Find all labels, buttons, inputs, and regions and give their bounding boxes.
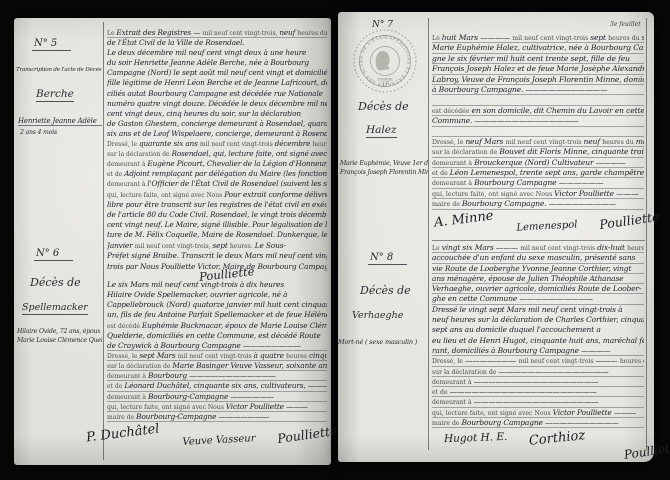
act-line: vie Route de Looberghe Yvonne Jeanne Cor… [432, 264, 644, 274]
printed-form-text: heures du [312, 141, 327, 148]
handwritten-text: Cappellebrouck (Nord) quatorze janvier m… [107, 300, 327, 309]
act6-text: Le six Mars mil neuf cent vingt-trois à … [107, 280, 327, 422]
printed-form-text: maire de [432, 201, 462, 208]
printed-form-text: sur la déclaration de [107, 151, 172, 158]
handwritten-text: neuf Mars [465, 137, 505, 146]
act-line: de l'article 80 du Code Civil. Rosendael… [107, 210, 327, 220]
printed-form-text: Dressé, le [107, 353, 139, 360]
handwritten-text: rant, domiciliés à Bourbourg Campagne ——… [432, 346, 611, 355]
handwritten-text: ans ménagère, épouse de Julien Théophile… [432, 274, 623, 283]
act-line: demeurant à Brouckerque (Nord) Cultivate… [432, 158, 644, 168]
act-line: Verhaeghe, ouvrier agricole, domiciliés … [432, 284, 644, 294]
signature: Hugot H. E. [444, 431, 508, 445]
handwritten-text: ————————————————— [474, 397, 599, 406]
act-line: de l'État Civil de la Ville de Rosendael… [107, 38, 327, 48]
act-line: qui, lecture faite, ont signé avec Nous … [107, 190, 327, 200]
printed-form-text: mil neuf cent vingt-trois, [203, 30, 280, 37]
act-line: maire de Bourbourg Campagne. ————————— [432, 199, 644, 209]
margin-divider-line [428, 18, 429, 450]
handwritten-text: Bourbourg Campagne —————— [474, 178, 603, 187]
printed-form-text: mil neuf cent vingt-trois [512, 35, 590, 42]
act-line: fille légitime de Henri Léon Berche et d… [107, 78, 327, 88]
printed-form-text: mil neuf cent vingt-trois [200, 141, 275, 148]
entry7-margin-note2: François Joseph Florentin Minne [340, 169, 428, 176]
handwritten-text: François Joseph Halez et de feue Marie J… [432, 64, 644, 73]
printed-form-text: qui, lecture faite, ont signé avec Nous [432, 410, 553, 417]
handwritten-text: ture de M. Félix Coquelle, Maire de Rose… [107, 230, 327, 239]
act-line: libre pour être transcrit sur les regist… [107, 200, 327, 210]
act-line: Dressé le vingt sept Mars mil neuf cent … [432, 305, 644, 315]
handwritten-text: Rosendael, qui, lecture faite, ont signé… [172, 149, 328, 158]
act-line: qui, lecture faite, ont signé avec Nous … [432, 189, 644, 199]
handwritten-text: numéro quatre vingt douze. Décédée le de… [107, 99, 327, 108]
act-line: de Gaston Ghestem, concierge demeurant à… [107, 119, 327, 129]
entry5-margin-title: Transcription de l'acte de Décès [16, 67, 102, 73]
printed-form-text: Le [107, 30, 116, 37]
act-line: et de ———————————————————— [432, 387, 644, 397]
entry8-margin-label: Décès de [360, 284, 411, 297]
handwritten-text: Brouckerque (Nord) Cultivateur ———— [474, 158, 625, 167]
act-line: Commune. —————————————— [432, 116, 644, 126]
act-line: et de Adjoint remplaçant par délégation … [107, 169, 327, 179]
handwritten-text: Bourbourg Campagne. ————————— [462, 199, 616, 208]
act-line: Cappellebrouck (Nord) quatorze janvier m… [107, 300, 327, 310]
act-line: ciliés autat Bourbourg Campagne est décé… [107, 89, 327, 99]
act-line: et de Léonard Duchâtel, cinquante six an… [107, 381, 327, 391]
printed-form-text: et de [432, 389, 450, 396]
handwritten-text: Victor Poulliette ——— [553, 408, 636, 417]
entry6-margin-name: Spellemacker [22, 302, 88, 315]
act-line: ture de M. Félix Coquelle, Maire de Rose… [107, 230, 327, 240]
handwritten-text: vingt six Mars ——— [442, 243, 521, 252]
entry5-margin-note1: Henriette Jeanne Adèle [18, 117, 102, 126]
handwritten-text: Adjoint remplaçant par délégation du Mai… [124, 169, 327, 178]
printed-form-text: mil neuf cent vingt-trois [506, 139, 584, 146]
printed-form-text: mil neuf cent vingt-trois [178, 353, 254, 360]
printed-form-text: maire de [107, 414, 136, 421]
act-line [432, 127, 644, 137]
printed-form-text: qui, lecture faite, ont signé avec Nous [107, 192, 224, 199]
handwritten-text: ——————— [465, 356, 519, 365]
handwritten-text: Eugène Picourt, Chevalier de la Légion d… [147, 159, 327, 168]
act-line: Hilaire Ovide Spellemacker, ouvrier agri… [107, 290, 327, 300]
printed-form-text: demeurant à [107, 161, 147, 168]
act-line: Dressé, le neuf Mars mil neuf cent vingt… [432, 137, 644, 147]
handwritten-text: en son domicile, dit Chemin du Lavoir en… [472, 106, 645, 115]
signature: Veuve Vasseur [182, 433, 256, 448]
act-line: cent vingt deux, cinq heures du soir, su… [107, 109, 327, 119]
handwritten-text: de Craywick à Bourbourg Campagne ———————… [107, 341, 301, 350]
handwritten-text: Victor Poulliette ——— [226, 402, 308, 411]
act8-text: Le vingt six Mars ——— mil neuf cent ving… [432, 243, 644, 428]
sheet-number-note: 3e feuillet [610, 21, 641, 28]
handwritten-text: l'Officier de l'État Civil de Rosendael … [147, 179, 327, 188]
handwritten-text: sept Mars [139, 351, 177, 360]
handwritten-text: sept [590, 33, 608, 42]
handwritten-text: Bourbourg-Campagne ——————— [136, 412, 269, 421]
act-line: cent vingt neuf. Le Maire, signé illisib… [107, 220, 327, 230]
handwritten-text: Marie Basinger Veuve Vasseur, soixante a… [172, 361, 327, 370]
handwritten-text: fille légitime de Henri Léon Berche et d… [107, 78, 327, 87]
handwritten-text: neuf [279, 28, 297, 37]
handwritten-text: à quatre [254, 351, 287, 360]
handwritten-text: huit Mars ———— [442, 33, 512, 42]
act-line: de Craywick à Bourbourg Campagne ———————… [107, 341, 327, 351]
handwritten-text: Janvier [107, 241, 135, 250]
act-line: est décédée en son domicile, dit Chemin … [432, 106, 644, 116]
printed-form-text: demeurant à [432, 399, 474, 406]
printed-form-text: qui, lecture faite, ont signé avec Nous [107, 404, 226, 411]
act-line: demeurant à ————————————————— [432, 397, 644, 407]
handwritten-text: ———————————————————— [450, 387, 597, 396]
act-line: sur la déclaration de Rosendael, qui, le… [107, 149, 327, 159]
handwritten-text: ghe en cette Commune —————————— [432, 294, 593, 303]
handwritten-text: ——— [596, 356, 620, 365]
handwritten-text: Marie Euphémie Halez, cultivatrice, née … [432, 43, 644, 52]
entry7-margin-name: Halez [366, 124, 397, 138]
entry6-margin-note2: Marie Louise Clémence Quelderie [17, 337, 102, 344]
signature: A. Minne [433, 208, 494, 230]
act-line: François Joseph Halez et de feue Marie J… [432, 64, 644, 74]
handwritten-text: sept [212, 241, 229, 250]
handwritten-text: accouchée d'un enfant du sexe masculin, … [432, 253, 635, 262]
act-line: demeurant à Bourbourg Campagne —————— [432, 178, 644, 188]
margin-divider-line [103, 22, 104, 460]
handwritten-text: quarante six ans [139, 139, 200, 148]
printed-form-text: maire de [432, 420, 462, 427]
act-line: sur la déclaration de Marie Basinger Veu… [107, 361, 327, 371]
entry5-margin-note2: 2 ans 4 mois [20, 129, 57, 136]
handwritten-text: Hilaire Ovide Spellemacker, ouvrier agri… [107, 290, 287, 299]
handwritten-text: neuf heures sur la déclaration de Charle… [432, 315, 644, 324]
act-line: Le Extrait des Registres — mil neuf cent… [107, 28, 327, 38]
entry6-margin-label: Décès de [30, 276, 81, 289]
act-line: Janvier mil neuf cent vingt-trois, sept … [107, 241, 327, 251]
printed-form-text: demeurant à [107, 373, 148, 380]
edge-rule-line [646, 18, 647, 450]
printed-form-text: sur la déclaration de [107, 363, 172, 370]
act-line: Marie Euphémie Halez, cultivatrice, née … [432, 43, 644, 53]
act-line: à Bourbourg Campagne. ——————————— [432, 85, 644, 95]
handwritten-text: un, fils de feu Antoine Parfait Spellema… [107, 310, 327, 319]
act-line: demeurant à Bourbourg-Campagne —————— [107, 392, 327, 402]
act-line [432, 95, 644, 105]
signature: Lemenespol [516, 219, 578, 233]
printed-form-text: demeurant à [432, 160, 474, 167]
act7-text: Le huit Mars ———— mil neuf cent vingt-tr… [432, 33, 644, 210]
entry8-margin-note: Mort-né ( sexe masculin ) [338, 338, 428, 346]
printed-form-text: est décédé [107, 323, 142, 330]
act-line: accouchée d'un enfant du sexe masculin, … [432, 253, 644, 263]
printed-form-text: est décédée [432, 108, 472, 115]
handwritten-text: dix-huit [597, 243, 627, 252]
act-line: Le vingt six Mars ——— mil neuf cent ving… [432, 243, 644, 253]
act-line: Quelderie, domiciliés en cette Commune, … [107, 331, 327, 341]
printed-form-text: heures [286, 353, 309, 360]
act-line: Labroy, Veuve de François Joseph Florent… [432, 75, 644, 85]
printed-form-text: mil neuf cent vingt-trois [520, 245, 597, 252]
scanned-register-spread: N° 5 Transcription de l'acte de Décès Be… [0, 0, 670, 480]
handwritten-text: de l'article 80 du Code Civil. Rosendael… [107, 210, 327, 219]
handwritten-text: Commune. —————————————— [432, 116, 579, 125]
entry6-number: N° 6 [34, 248, 73, 261]
handwritten-text: six ans et de Leof Wispelaere, concierge… [107, 129, 327, 138]
act-line: Dressé, le quarante six ans mil neuf cen… [107, 139, 327, 149]
handwritten-text: de Gaston Ghestem, concierge demeurant à… [107, 119, 327, 128]
act-line: Préfet signé Braibe. Transcrit le deux M… [107, 251, 327, 261]
handwritten-text: décembre [275, 139, 313, 148]
printed-form-text: Dressé, le [107, 141, 139, 148]
printed-form-text: demeurant à [432, 379, 474, 386]
act-line: un, fils de feu Antoine Parfait Spellema… [107, 310, 327, 320]
printed-form-text: heures du [608, 35, 641, 42]
handwritten-text: soir [642, 33, 644, 42]
handwritten-text: Léonard Duchâtel, cinquante six ans, cul… [124, 381, 327, 390]
handwritten-text: Dressé le vingt sept Mars mil neuf cent … [432, 305, 622, 314]
act-line: demeurant à Eugène Picourt, Chevalier de… [107, 159, 327, 169]
handwritten-text: eu lieu et de Henri Hugot, cinquante hui… [432, 336, 644, 345]
register-page-right: 3e feuillet N° 7 EXPÉDITIONS ET EXTRAITS… [338, 12, 654, 462]
handwritten-text: Pour extrait conforme délivré sur papier [224, 190, 327, 199]
entry7-margin-note1: Marie Euphémie, Veuve 1er de [340, 160, 428, 167]
act-line: demeurant à l'Officier de l'État Civil d… [107, 179, 327, 189]
handwritten-text: Bourbourg ———————————— [148, 371, 276, 380]
printed-form-text: Le [432, 35, 442, 42]
entry5-margin-name: Berche [36, 88, 74, 102]
act-line: Campagne (Nord) le sept août mil neuf ce… [107, 68, 327, 78]
printed-form-text: qui, lecture faite, ont signé avec Nous [432, 191, 554, 198]
handwritten-text: à Bourbourg Campagne. ——————————— [432, 85, 607, 94]
handwritten-text: Le deux décembre mil neuf cent vingt deu… [107, 48, 306, 57]
act7-signatures: A. MinneLemenespolPoulliette [434, 212, 644, 227]
handwritten-text: cent vingt neuf. Le Maire, signé illisib… [107, 220, 327, 229]
handwritten-text: Quelderie, domiciliés en cette Commune, … [107, 331, 321, 340]
act6-signatures: P. DuchâtelVeuve VasseurPoulliette [86, 426, 334, 441]
printed-form-text: heures [627, 245, 644, 252]
act-line: six ans et de Leof Wispelaere, concierge… [107, 129, 327, 139]
printed-form-text: Le [432, 245, 442, 252]
printed-form-text: Dressé, le [432, 358, 465, 365]
printed-form-text: et de [107, 383, 124, 390]
handwritten-text: neuf [584, 137, 603, 146]
handwritten-text: gne le six février mil huit cent trente … [432, 54, 630, 63]
printed-form-text: sur la déclaration de [432, 149, 499, 156]
handwritten-text: ——————————————— [498, 367, 608, 376]
printed-form-text: mil neuf cent vingt-trois [519, 358, 596, 365]
handwritten-text: Léon Lemenespol, trente sept ans, garde … [450, 168, 644, 177]
entry5-number: N° 5 [32, 38, 71, 51]
handwritten-text: sept ans au domicile duquel l'accoucheme… [432, 325, 601, 334]
stamp-value: 3F [381, 81, 390, 89]
entry8-margin-name: Verhaeghe [352, 310, 403, 322]
printed-form-text: heures du [620, 358, 644, 365]
handwritten-text: de l'État Civil de la Ville de Rosendael… [107, 38, 244, 47]
act-line: Dressé, le sept Mars mil neuf cent vingt… [107, 351, 327, 361]
entry7-margin-label: Décès de [358, 100, 409, 113]
fiscal-stamp: EXPÉDITIONS ET EXTRAITS DES ACTES DE L'É… [352, 28, 418, 94]
handwritten-text: Le six Mars mil neuf cent vingt-trois à … [107, 280, 284, 289]
handwritten-text: Bourbourg-Campagne —————— [148, 392, 274, 401]
printed-form-text: heures du [602, 139, 635, 146]
act-line: demeurant à ————————————————— [432, 377, 644, 387]
act-line: sur la déclaration de ——————————————— [432, 367, 644, 377]
entry8-number: N° 8 [368, 252, 407, 265]
act-line: sur la déclaration de Bouvet dit Floris … [432, 147, 644, 157]
handwritten-text: vie Route de Looberghe Yvonne Jeanne Cor… [432, 264, 631, 273]
act-line: gne le six février mil huit cent trente … [432, 54, 644, 64]
printed-form-text: Dressé, le [432, 139, 465, 146]
signature: P. Duchâtel [85, 422, 160, 446]
handwritten-text: Le Sous- [255, 241, 286, 250]
handwritten-text: Bouvet dit Floris Minne, cinquante trois… [499, 147, 644, 156]
act5-transcription-text: Le Extrait des Registres — mil neuf cent… [107, 28, 327, 240]
printed-form-text: mil neuf cent vingt-trois, [135, 243, 213, 250]
act-line: Dressé, le ——————— mil neuf cent vingt-t… [432, 356, 644, 366]
handwritten-text: cinquante cinq [309, 351, 327, 360]
handwritten-text: matin [636, 137, 644, 146]
printed-form-text: et de [107, 171, 124, 178]
act-line: qui, lecture faite, ont signé avec Nous … [432, 408, 644, 418]
handwritten-text: Campagne (Nord) le sept août mil neuf ce… [107, 68, 327, 77]
marianne-profile-icon [376, 51, 390, 71]
printed-form-text: sur la déclaration de [432, 369, 498, 376]
handwritten-text: du soir Henriette Jeanne Adèle Berche, n… [107, 58, 309, 67]
handwritten-text: libre pour être transcrit sur les regist… [107, 200, 327, 209]
handwritten-text: Verhaeghe, ouvrier agricole, domiciliés … [432, 284, 641, 293]
entry-separator-line [432, 240, 645, 241]
handwritten-text: Bourbourg Campagne —————————— [462, 418, 619, 427]
handwritten-text: Victor Poulliette ——— [554, 189, 638, 198]
act-line: neuf heures sur la déclaration de Charle… [432, 315, 644, 325]
act-line: Le deux décembre mil neuf cent vingt deu… [107, 48, 327, 58]
printed-form-text: heures. [230, 243, 255, 250]
signature: Corthioz [529, 428, 587, 449]
act-line: du soir Henriette Jeanne Adèle Berche, n… [107, 58, 327, 68]
act-line: maire de Bourbourg Campagne —————————— [432, 418, 644, 428]
register-page-left: N° 5 Transcription de l'acte de Décès Be… [14, 18, 331, 465]
printed-form-text: demeurant à [107, 181, 147, 188]
printed-form-text: demeurant à [432, 180, 474, 187]
act-line: ghe en cette Commune —————————— [432, 294, 644, 304]
act-line: eu lieu et de Henri Hugot, cinquante hui… [432, 336, 644, 346]
act-line: et de Léon Lemenespol, trente sept ans, … [432, 168, 644, 178]
handwritten-text: ciliés autat Bourbourg Campagne est décé… [107, 89, 323, 98]
handwritten-text: Extrait des Registres — [116, 28, 202, 37]
handwritten-text: cent vingt deux, cinq heures du soir, su… [107, 109, 301, 118]
act-line: sept ans au domicile duquel l'accoucheme… [432, 325, 644, 335]
signature: Poulliette [276, 423, 338, 446]
act-line: est décédé Euphémie Buckmacar, époux de … [107, 321, 327, 331]
act-line: Le huit Mars ———— mil neuf cent vingt-tr… [432, 33, 644, 43]
signature: Poulliette [598, 209, 660, 232]
act-line: Le six Mars mil neuf cent vingt-trois à … [107, 280, 327, 290]
act-line: rant, domiciliés à Bourbourg Campagne ——… [432, 346, 644, 356]
act-line: qui, lecture faite, ont signé avec Nous … [107, 402, 327, 412]
act-line: demeurant à Bourbourg ———————————— [107, 371, 327, 381]
handwritten-text: Labroy, Veuve de François Joseph Florent… [432, 75, 644, 84]
act-line: ans ménagère, épouse de Julien Théophile… [432, 274, 644, 284]
printed-form-text: et de [432, 170, 450, 177]
entry6-margin-note1: Hilaire Ovide, 72 ans, époux de [17, 328, 102, 335]
printed-form-text: heures du [297, 30, 327, 37]
act-line: numéro quatre vingt douze. Décédée le de… [107, 99, 327, 109]
handwritten-text: ————————————————— [474, 377, 599, 386]
act-line: maire de Bourbourg-Campagne ——————— [107, 412, 327, 422]
act8-signatures: Hugot H. E.CorthiozPoulliette [444, 432, 644, 447]
printed-form-text: demeurant à [107, 394, 148, 401]
handwritten-text: Préfet signé Braibe. Transcrit le deux M… [107, 251, 327, 260]
handwritten-text: Euphémie Buckmacar, époux de Marie Louis… [142, 321, 327, 330]
